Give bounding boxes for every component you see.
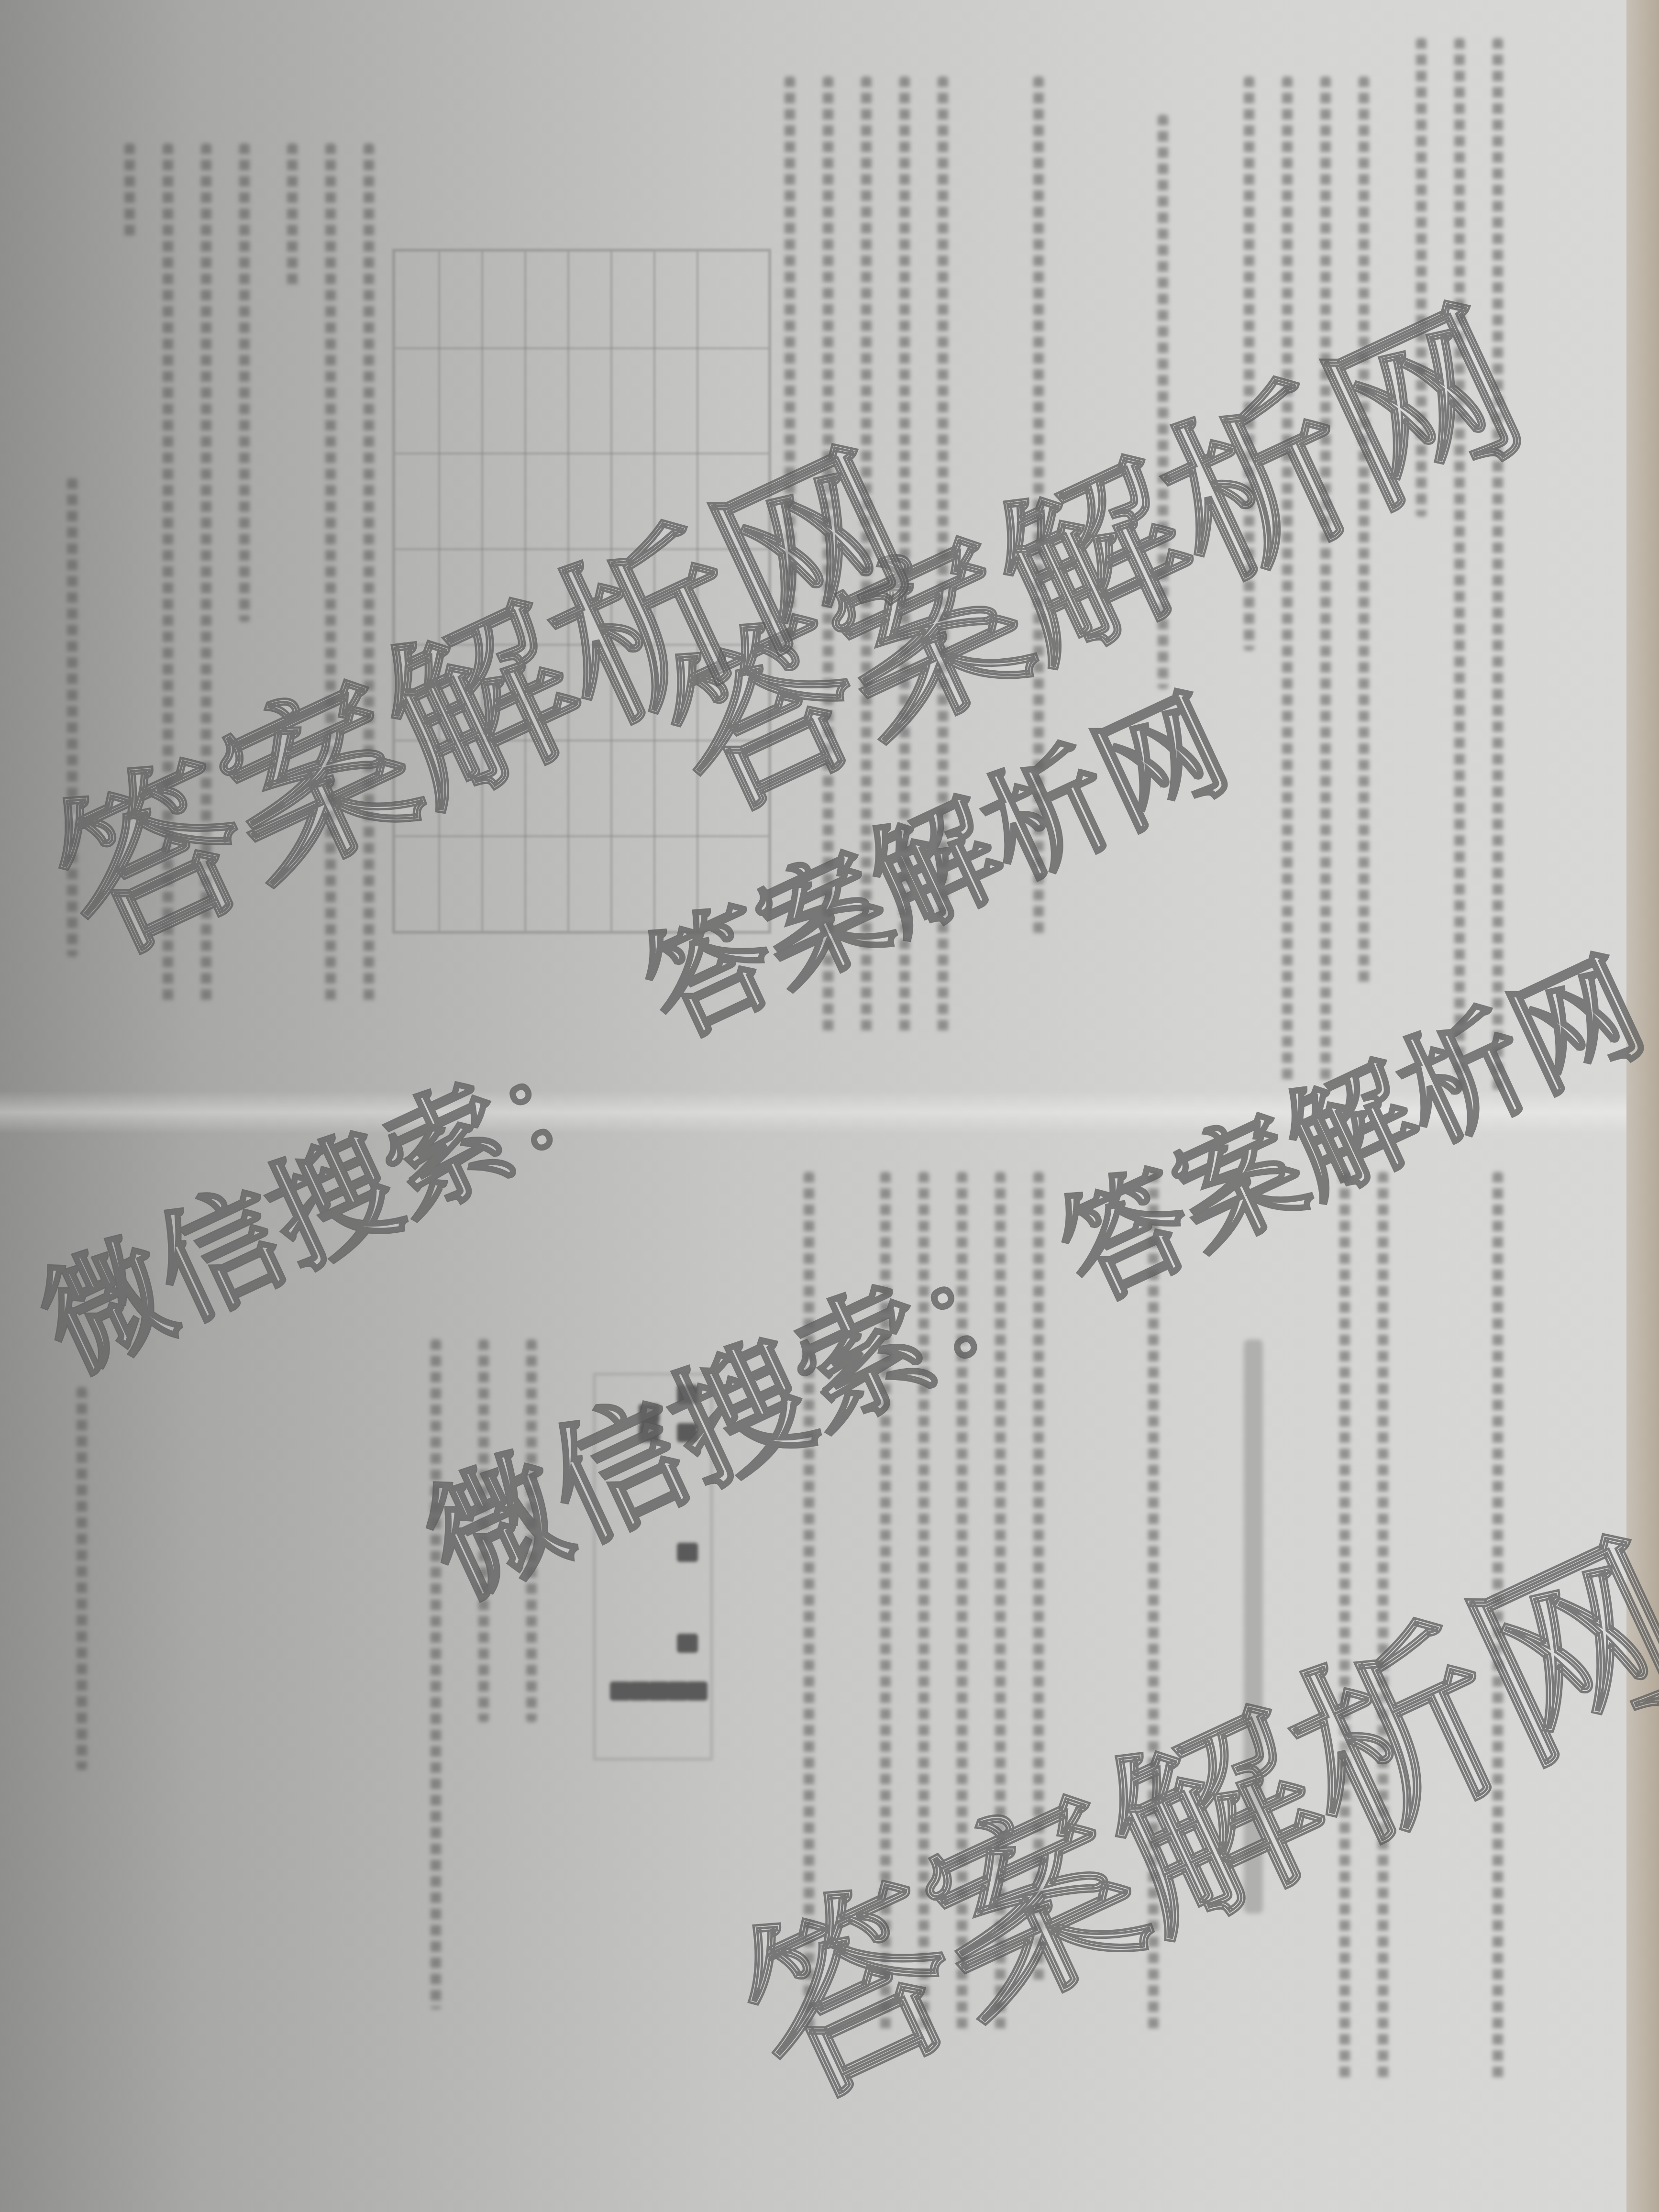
table-edge xyxy=(1626,0,1659,2212)
